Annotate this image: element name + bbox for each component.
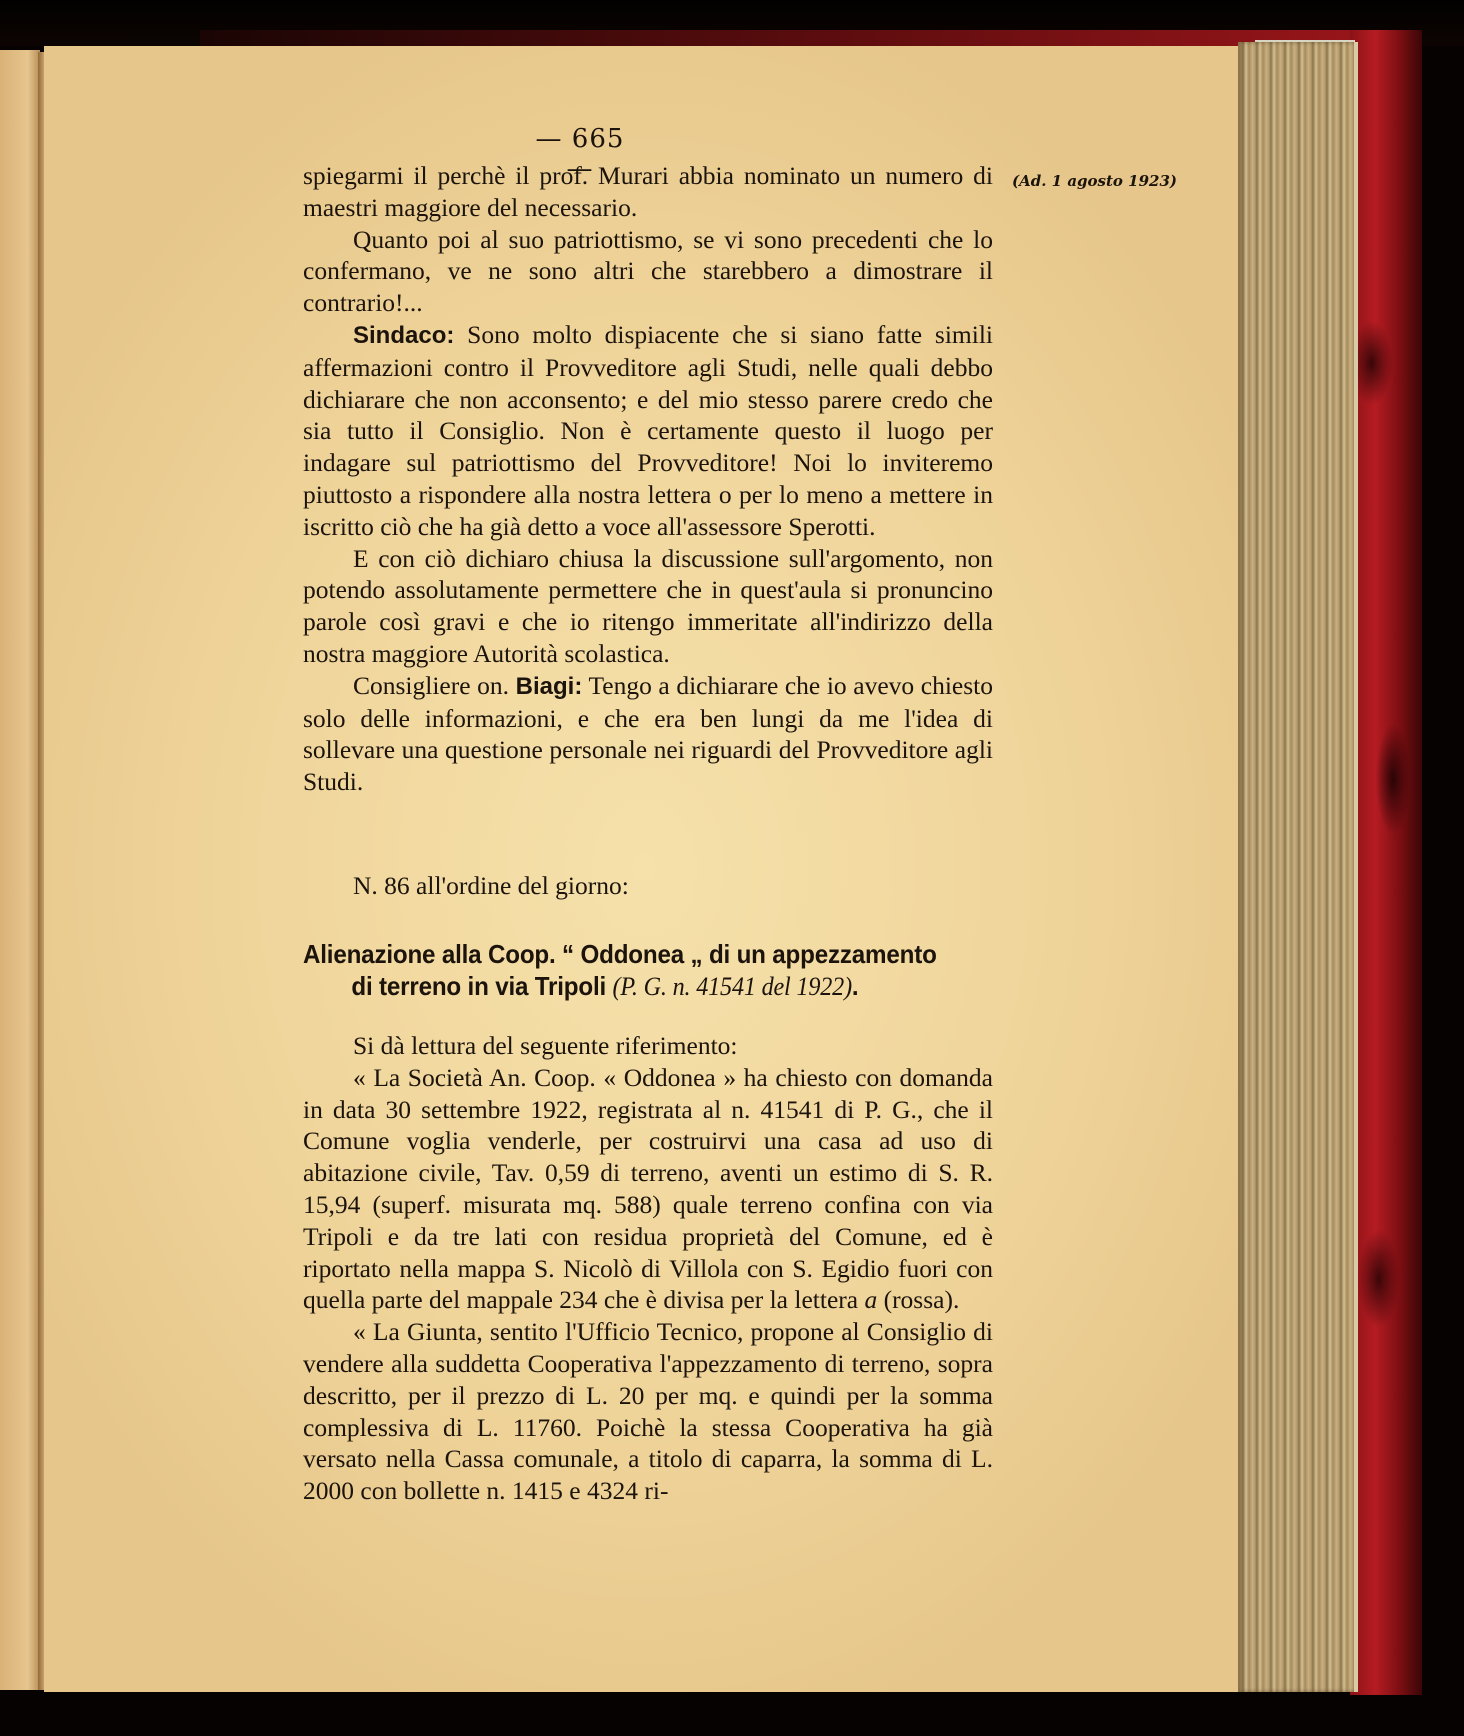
paragraph: Si dà lettura del seguente riferimento:	[303, 1030, 993, 1062]
section-heading: Alienazione alla Coop. “ Oddonea „ di un…	[303, 938, 954, 1003]
agenda-item: N. 86 all'ordine del giorno:	[303, 870, 993, 902]
paragraph: « La Giunta, sentito l'Ufficio Tecnico, …	[303, 1316, 993, 1507]
paragraph: spiegarmi il perchè il prof. Murari abbi…	[303, 160, 993, 224]
paragraph: Sindaco: Sono molto dispiacente che si s…	[303, 319, 993, 543]
margin-date-note: (Ad. 1 agosto 1923)	[1012, 172, 1177, 190]
speaker-name: Sindaco:	[353, 322, 454, 349]
paragraph: « La Società An. Coop. « Oddonea » ha ch…	[303, 1062, 993, 1316]
paragraph: Consigliere on. Biagi: Tengo a dichiarar…	[303, 670, 993, 798]
speaker-name: Biagi:	[516, 673, 583, 700]
page-content: — 665 — (Ad. 1 agosto 1923) spiegarmi il…	[0, 0, 1464, 1736]
paragraph: E con ciò dichiaro chiusa la discussione…	[303, 543, 993, 670]
debate-section: spiegarmi il perchè il prof. Murari abbi…	[303, 160, 993, 798]
paragraph: Quanto poi al suo patriottismo, se vi so…	[303, 224, 993, 319]
report-section: Si dà lettura del seguente riferimento: …	[303, 1030, 993, 1507]
